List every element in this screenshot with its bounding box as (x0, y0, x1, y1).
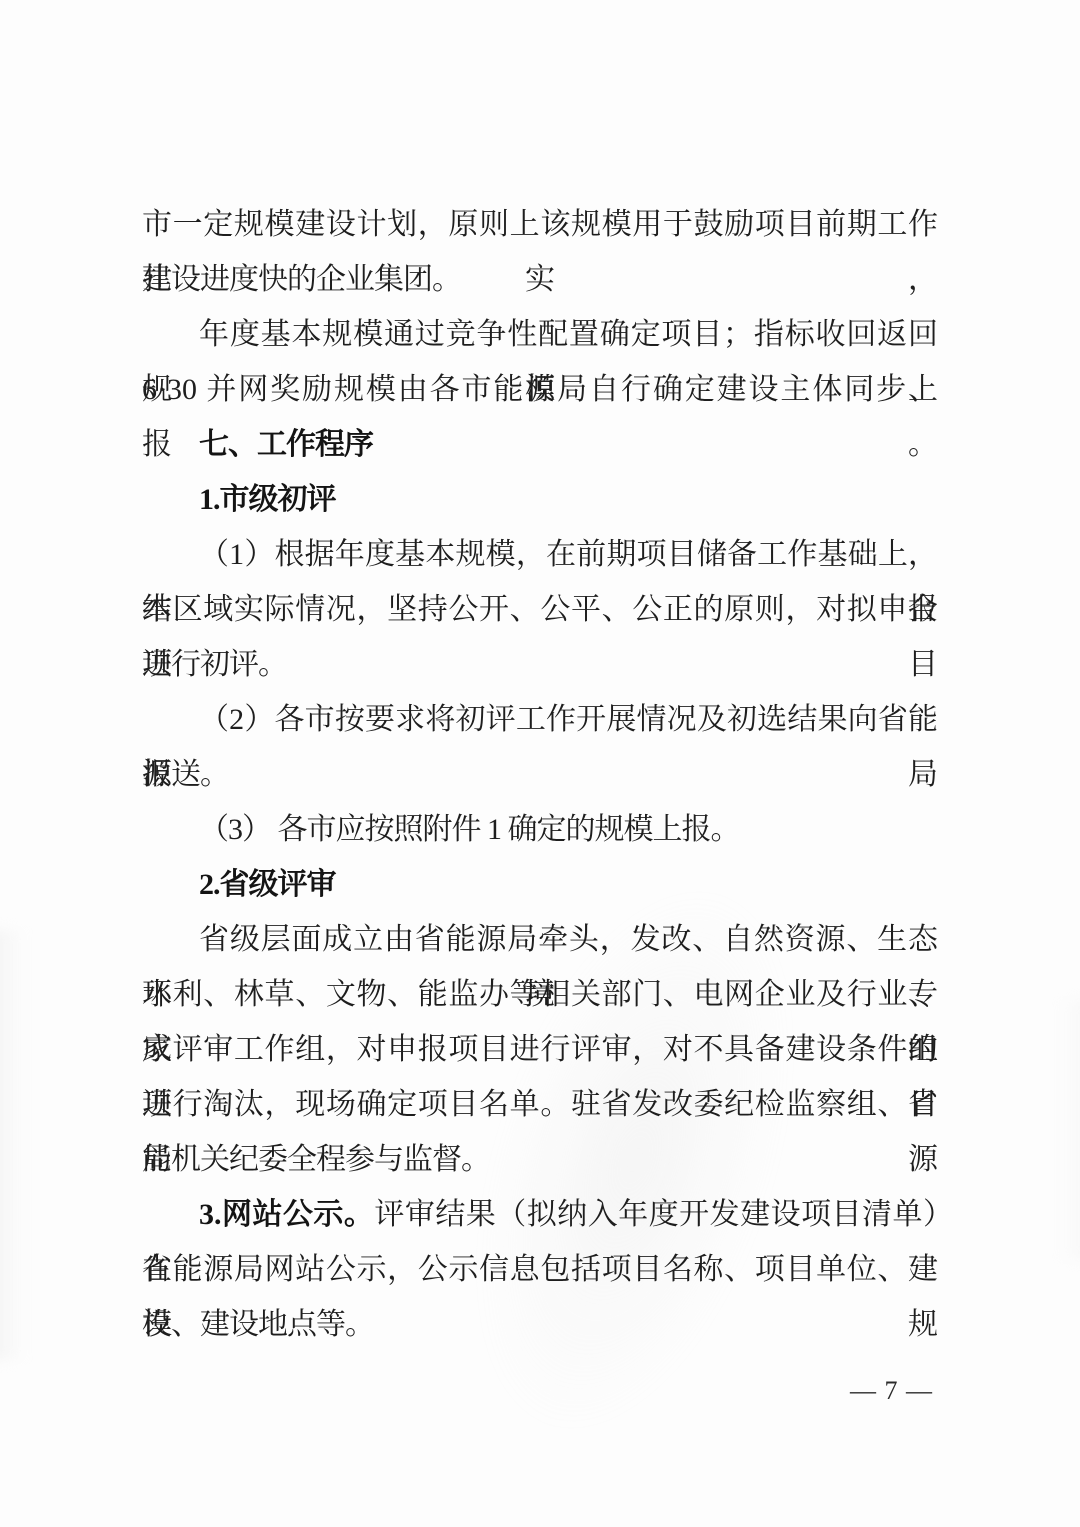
document-body: 市一定规模建设计划，原则上该规模用于鼓励项目前期工作扎实， 建设进度快的企业集团… (142, 197, 938, 1352)
text-line: 本区域实际情况，坚持公开、公平、公正的原则，对拟申报项目 (142, 582, 938, 637)
text-line: 6·30 并网奖励规模由各市能源局自行确定建设主体同步上报。 (142, 362, 938, 417)
text-line-website-publicity: 3.网站公示。评审结果（拟纳入年度开发建设项目清单）在 (142, 1187, 938, 1242)
page-number: — 7 — (850, 1378, 933, 1404)
text-line: （1）根据年度基本规模，在前期项目储备工作基础上，结合 (142, 527, 938, 582)
text-line: 成评审工作组，对申报项目进行评审，对不具备建设条件的项目 (142, 1022, 938, 1077)
text-line: （2）各市按要求将初评工作开展情况及初选结果向省能源局 (142, 692, 938, 747)
text-line: 省级层面成立由省能源局牵头，发改、自然资源、生态环境、 (142, 912, 938, 967)
document-page: 市一定规模建设计划，原则上该规模用于鼓励项目前期工作扎实， 建设进度快的企业集团… (0, 0, 1080, 1527)
scan-shade-left (0, 930, 26, 1360)
subsection-heading-city-review: 1.市级初评 (142, 472, 938, 527)
text-line: 水利、林草、文物、能监办等相关部门、电网企业及行业专家组 (142, 967, 938, 1022)
text-line: （3） 各市应按照附件 1 确定的规模上报。 (142, 802, 938, 857)
scan-shade-right (1058, 1000, 1080, 1260)
text-line: 进行淘汰，现场确定项目名单。驻省发改委纪检监察组、省能源 (142, 1077, 938, 1132)
text-line: 市一定规模建设计划，原则上该规模用于鼓励项目前期工作扎实， (142, 197, 938, 252)
subsection-heading-website-publicity: 3.网站公示。 (199, 1198, 374, 1231)
subsection-heading-province-review: 2.省级评审 (142, 857, 938, 912)
text-line: 省能源局网站公示，公示信息包括项目名称、项目单位、建设规 (142, 1242, 938, 1297)
text-line: 年度基本规模通过竞争性配置确定项目；指标收回返回规模、 (142, 307, 938, 362)
